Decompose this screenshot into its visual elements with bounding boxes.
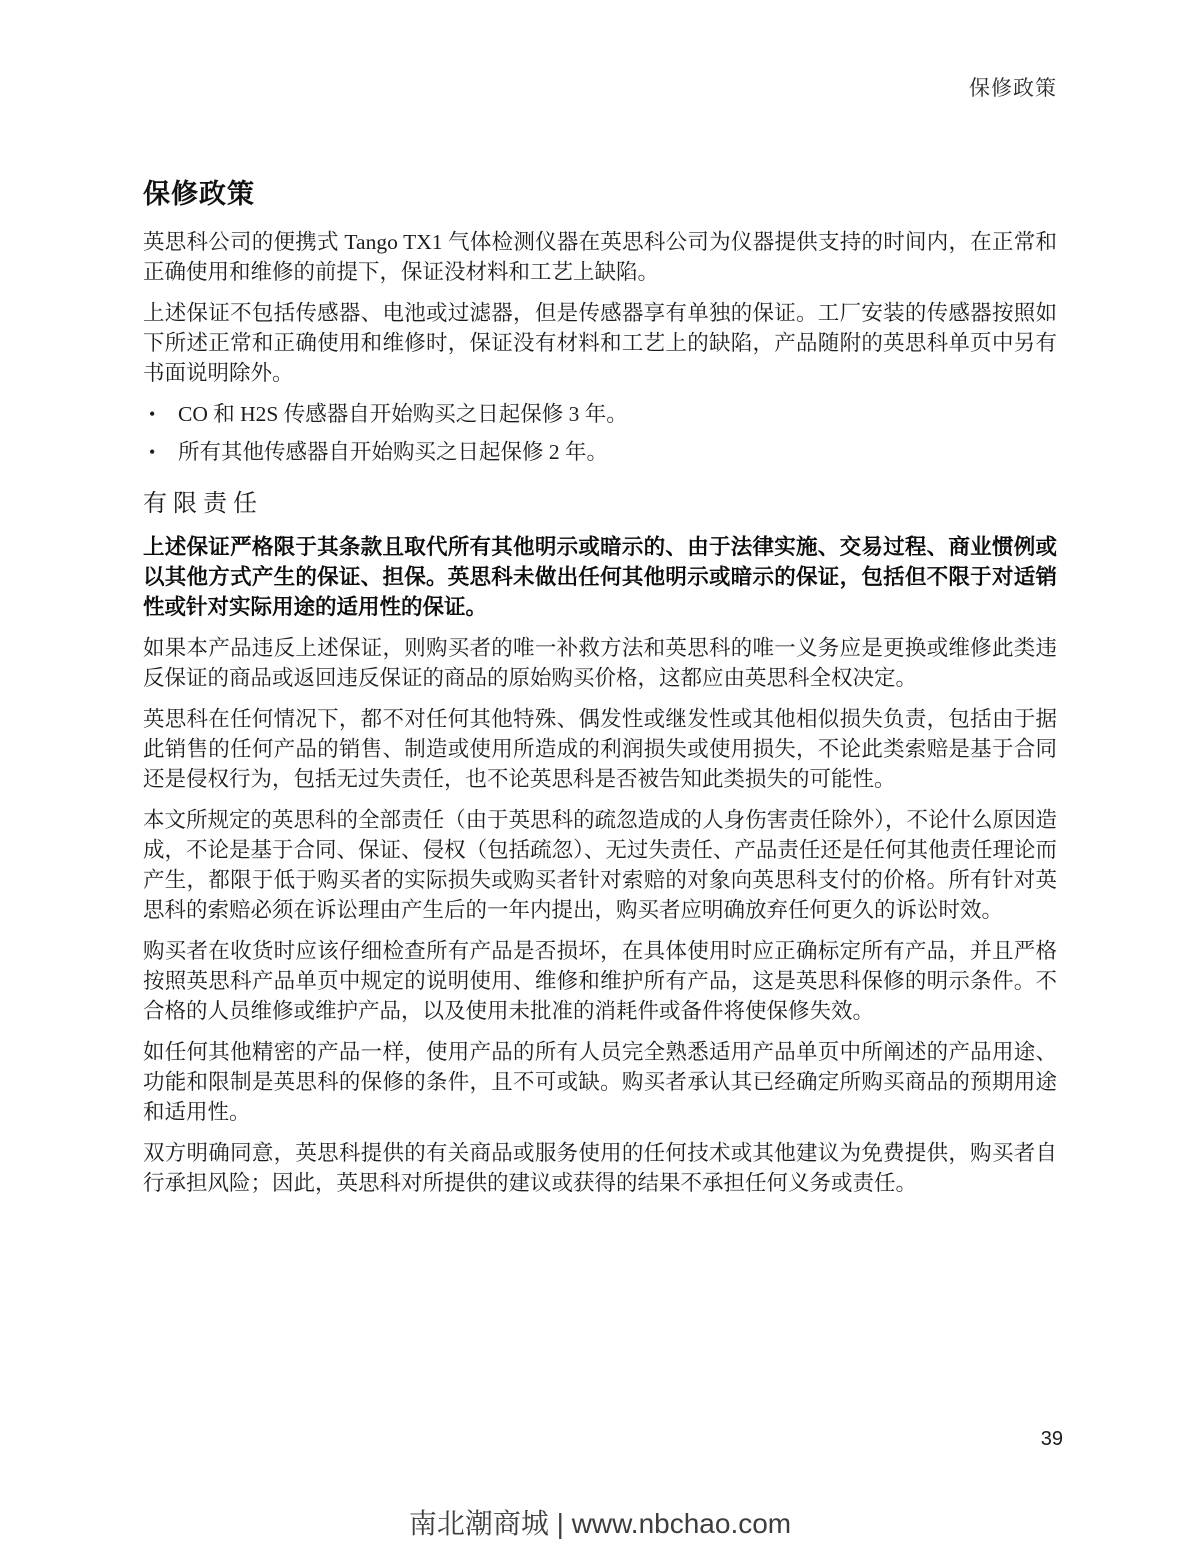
liability-paragraph-2: 英思科在任何情况下，都不对任何其他特殊、偶发性或继发性或其他相似损失负责，包括由… (143, 704, 1057, 794)
warranty-paragraph-2: 上述保证不包括传感器、电池或过滤器，但是传感器享有单独的保证。工厂安装的传感器按… (143, 298, 1057, 388)
warranty-bullet-list: • CO 和 H2S 传感器自开始购买之日起保修 3 年。 • 所有其他传感器自… (143, 399, 1057, 467)
bullet-text-other-sensors: 所有其他传感器自开始购买之日起保修 2 年。 (178, 437, 608, 467)
document-page: 保修政策 保修政策 英思科公司的便携式 Tango TX1 气体检测仪器在英思科… (0, 0, 1200, 1552)
liability-paragraph-4: 购买者在收货时应该仔细检查所有产品是否损坏，在具体使用时应正确标定所有产品，并且… (143, 936, 1057, 1026)
list-item: • CO 和 H2S 传感器自开始购买之日起保修 3 年。 (143, 399, 1057, 429)
liability-paragraph-5: 如任何其他精密的产品一样，使用产品的所有人员完全熟悉适用产品单页中所阐述的产品用… (143, 1037, 1057, 1127)
page-title: 保修政策 (143, 172, 1057, 211)
liability-bold-paragraph: 上述保证严格限于其条款且取代所有其他明示或暗示的、由于法律实施、交易过程、商业惯… (143, 532, 1057, 622)
list-item: • 所有其他传感器自开始购买之日起保修 2 年。 (143, 437, 1057, 467)
bullet-icon: • (143, 437, 178, 467)
running-header: 保修政策 (969, 72, 1057, 102)
liability-paragraph-3: 本文所规定的英思科的全部责任（由于英思科的疏忽造成的人身伤害责任除外），不论什么… (143, 805, 1057, 925)
bullet-text-co-h2s: CO 和 H2S 传感器自开始购买之日起保修 3 年。 (178, 399, 628, 429)
liability-paragraph-1: 如果本产品违反上述保证，则购买者的唯一补救方法和英思科的唯一义务应是更换或维修此… (143, 633, 1057, 693)
warranty-paragraph-1: 英思科公司的便携式 Tango TX1 气体检测仪器在英思科公司为仪器提供支持的… (143, 227, 1057, 287)
bullet-icon: • (143, 399, 178, 429)
document-content: 保修政策 英思科公司的便携式 Tango TX1 气体检测仪器在英思科公司为仪器… (143, 172, 1057, 1209)
liability-paragraph-6: 双方明确同意，英思科提供的有关商品或服务使用的任何技术或其他建议为免费提供，购买… (143, 1138, 1057, 1198)
page-number: 39 (1041, 1428, 1063, 1451)
footer-watermark: 南北潮商城 | www.nbchao.com (0, 1502, 1200, 1542)
section-heading-limited-liability: 有限责任 (143, 483, 1057, 518)
